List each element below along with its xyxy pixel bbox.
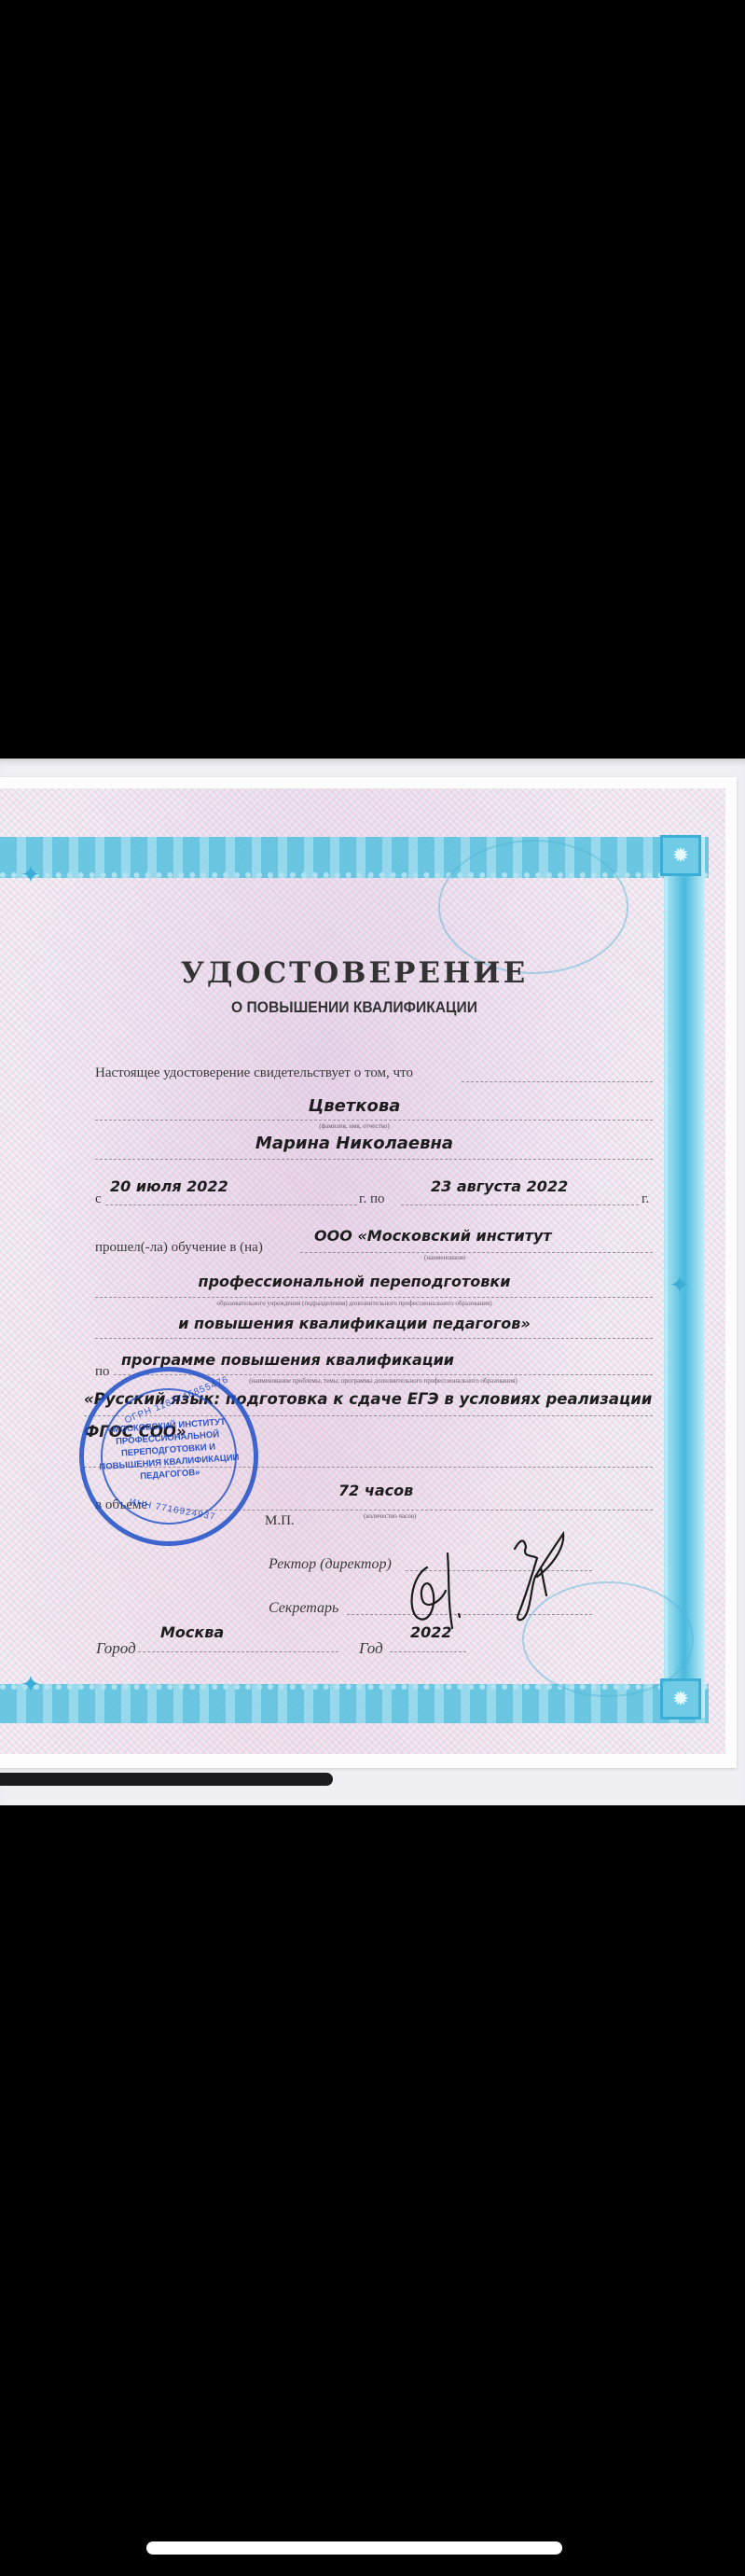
fill-line bbox=[95, 1120, 653, 1121]
fill-line bbox=[95, 1159, 653, 1160]
program-prefix: по bbox=[95, 1364, 110, 1380]
year-suffix: г. bbox=[642, 1191, 649, 1207]
date-to-value: 23 августа 2022 bbox=[431, 1177, 568, 1195]
certificate-paper: ✹ ✹ ✦ ✦ ✦ УДОСТОВЕРЕНИЕ О ПОВЫШЕНИИ КВАЛ… bbox=[0, 788, 725, 1754]
home-indicator[interactable] bbox=[146, 2541, 562, 2555]
fill-line bbox=[401, 1204, 639, 1205]
studied-label: прошел(-ла) обучение в (на) bbox=[95, 1240, 263, 1256]
diamond-ornament-icon: ✦ bbox=[21, 863, 41, 887]
city-label: Город bbox=[96, 1639, 136, 1658]
institution-line-2: профессиональной переподготовки bbox=[0, 1273, 709, 1290]
rector-label: Ректор (директор) bbox=[269, 1556, 392, 1573]
horizontal-scroll-indicator[interactable] bbox=[0, 1773, 333, 1786]
name-caption: (фамилия, имя, отчество) bbox=[0, 1122, 709, 1130]
surname-value: Цветкова bbox=[0, 1096, 709, 1116]
corner-ornament-icon: ✹ bbox=[660, 1678, 701, 1720]
seal-label: М.П. bbox=[265, 1513, 295, 1529]
certificate-subtitle: О ПОВЫШЕНИИ КВАЛИФИКАЦИИ bbox=[28, 998, 680, 1017]
fill-line bbox=[390, 1651, 466, 1652]
rector-signature bbox=[401, 1535, 476, 1637]
diamond-ornament-icon: ✦ bbox=[21, 1673, 41, 1697]
guilloche-ribbon bbox=[438, 840, 628, 974]
given-names-value: Марина Николаевна bbox=[0, 1134, 709, 1153]
fill-line bbox=[95, 1297, 653, 1298]
date-from-value: 20 июля 2022 bbox=[110, 1177, 228, 1195]
intro-label: Настоящее удостоверение свидетельствует … bbox=[95, 1065, 413, 1081]
institution-line-3: и повышения квалификации педагогов» bbox=[0, 1315, 709, 1332]
institution-caption-1: (наименование bbox=[424, 1254, 466, 1261]
fill-line bbox=[105, 1204, 357, 1205]
certificate-photo[interactable]: ✹ ✹ ✦ ✦ ✦ УДОСТОВЕРЕНИЕ О ПОВЫШЕНИИ КВАЛ… bbox=[0, 777, 737, 1768]
hours-caption: (количество часов) bbox=[364, 1512, 416, 1520]
corner-ornament-icon: ✹ bbox=[660, 835, 701, 876]
year-label: Год bbox=[359, 1639, 383, 1658]
fill-line bbox=[300, 1252, 653, 1253]
institution-caption-2: образовательного учреждения (подразделен… bbox=[0, 1300, 709, 1307]
fill-line bbox=[462, 1081, 653, 1082]
secretary-signature bbox=[504, 1521, 578, 1633]
stamp-text: «МОСКОВСКИЙ ИНСТИТУТ ПРОФЕССИОНАЛЬНОЙ ПЕ… bbox=[90, 1414, 245, 1485]
fill-line bbox=[95, 1338, 653, 1339]
to-label: г. по bbox=[359, 1191, 385, 1207]
city-value: Москва bbox=[160, 1623, 224, 1641]
certificate-title: УДОСТОВЕРЕНИЕ bbox=[0, 956, 709, 990]
from-prefix: с bbox=[95, 1191, 102, 1207]
institution-line-1: ООО «Московский институт bbox=[314, 1227, 552, 1245]
secretary-label: Секретарь bbox=[269, 1600, 338, 1617]
hours-value: 72 часов bbox=[338, 1482, 413, 1499]
fill-line bbox=[138, 1651, 338, 1652]
year-value: 2022 bbox=[410, 1623, 452, 1641]
